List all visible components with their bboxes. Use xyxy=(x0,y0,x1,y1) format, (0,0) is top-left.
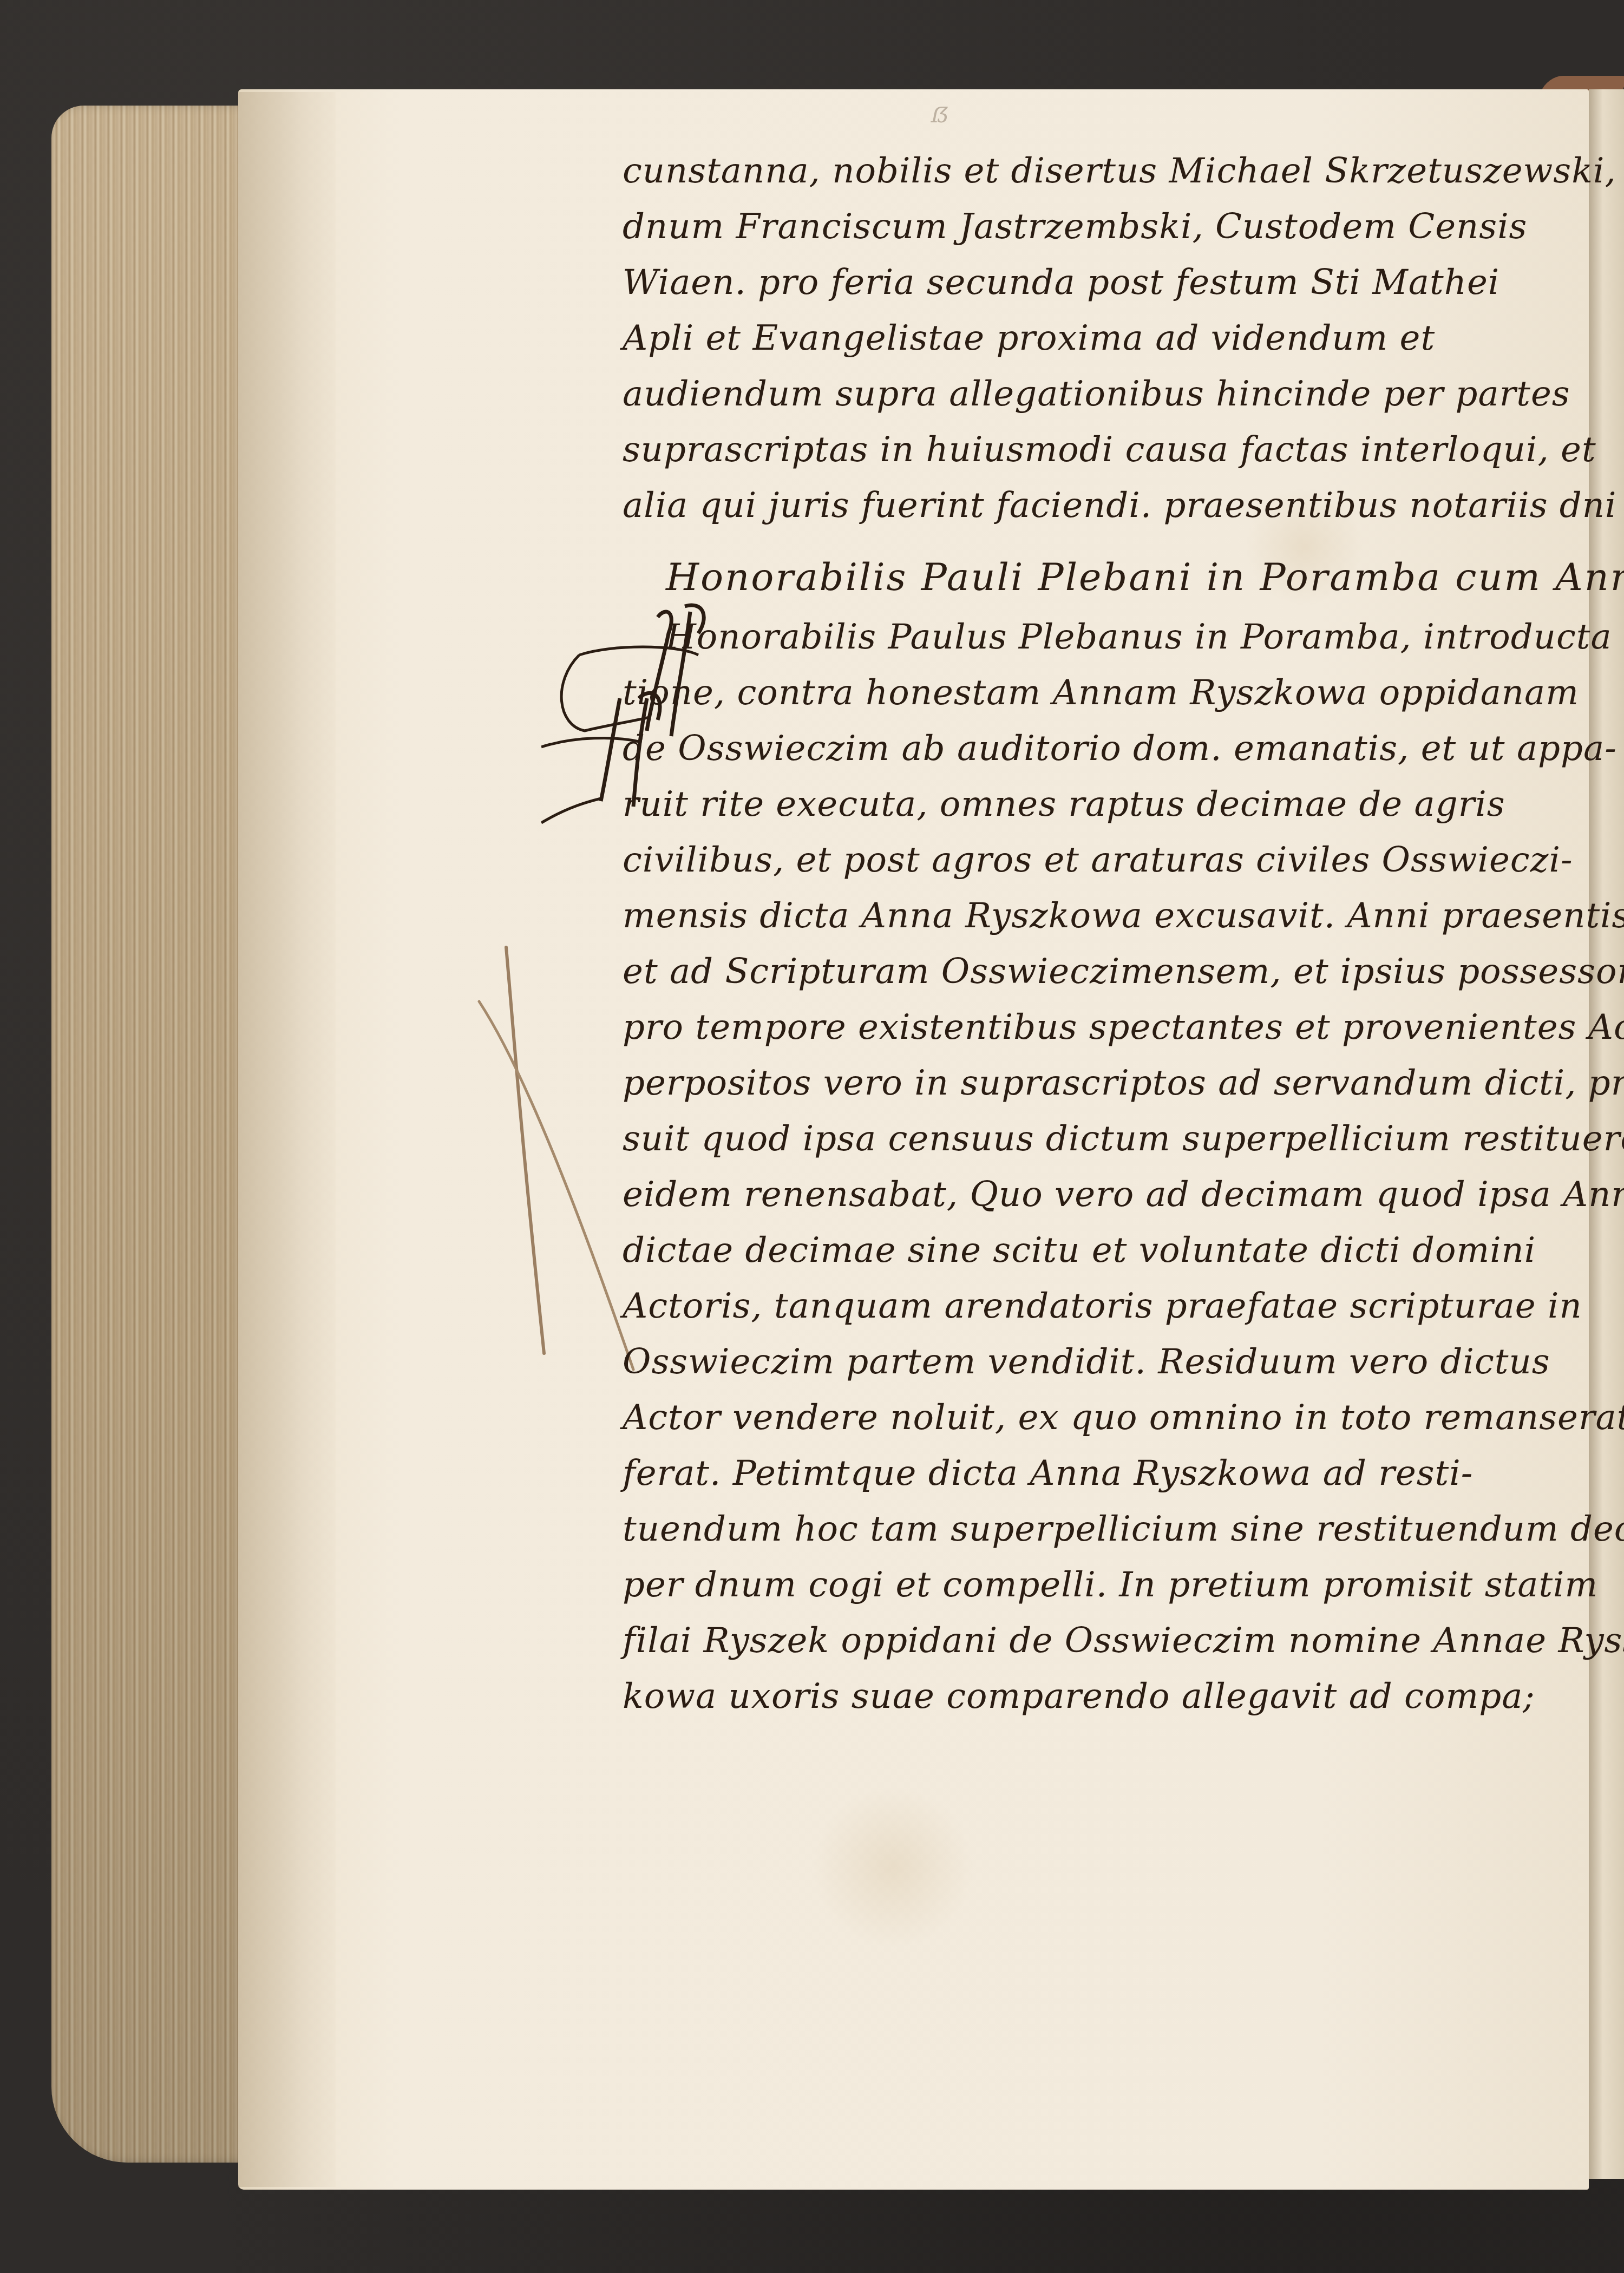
text-line: Actoris, tanquam arendatoris praefatae s… xyxy=(623,1279,1586,1334)
text-line: filai Ryszek oppidani de Osswieczim nomi… xyxy=(623,1613,1586,1669)
page-gutter-shadow xyxy=(238,92,336,2187)
text-line: Apli et Evangelistae proxima ad videndum… xyxy=(623,311,1586,366)
text-line: tuendum hoc tam superpellicium sine rest… xyxy=(623,1502,1586,1557)
text-line: kowa uxoris suae comparendo allegavit ad… xyxy=(623,1669,1586,1725)
text-line: alia qui juris fuerint faciendi. praesen… xyxy=(623,478,1586,534)
text-line: Osswieczim partem vendidit. Residuum ver… xyxy=(623,1334,1586,1390)
text-line: cunstanna, nobilis et disertus Michael S… xyxy=(623,143,1586,199)
text-line: per dnum cogi et compelli. In pretium pr… xyxy=(623,1557,1586,1613)
text-line: suprascriptas in huiusmodi causa factas … xyxy=(623,422,1586,478)
text-line: Actor vendere noluit, ex quo omnino in t… xyxy=(623,1390,1586,1446)
text-line: mensis dicta Anna Ryszkowa excusavit. An… xyxy=(623,888,1586,944)
paper-stain xyxy=(812,1786,974,1949)
text-line: suit quod ipsa censuus dictum superpelli… xyxy=(623,1111,1586,1167)
text-line: Honorabilis Paulus Plebanus in Poramba, … xyxy=(623,610,1586,665)
manuscript-text: cunstanna, nobilis et disertus Michael S… xyxy=(623,143,1586,1725)
margin-cross-mark-icon xyxy=(433,931,639,1375)
text-line: civilibus, et post agros et araturas civ… xyxy=(623,833,1586,888)
text-line: perpositos vero in suprascriptos ad serv… xyxy=(623,1056,1586,1111)
text-line: et ad Scripturam Osswieczimensem, et ips… xyxy=(623,944,1586,1000)
text-line: ruit rite executa, omnes raptus decimae … xyxy=(623,777,1586,833)
text-line: de Osswieczim ab auditorio dom. emanatis… xyxy=(623,721,1586,777)
text-line: pro tempore existentibus spectantes et p… xyxy=(623,1000,1586,1056)
text-line: Wiaen. pro feria secunda post festum Sti… xyxy=(623,255,1586,311)
text-line: ferat. Petimtque dicta Anna Ryszkowa ad … xyxy=(623,1446,1586,1502)
text-line: dnum Franciscum Jastrzembski, Custodem C… xyxy=(623,199,1586,255)
faint-top-mark: ẞ xyxy=(931,103,949,128)
text-line: dictae decimae sine scitu et voluntate d… xyxy=(623,1223,1586,1279)
entry-heading: Honorabilis Pauli Plebani in Poramba cum… xyxy=(623,534,1586,610)
text-line: eidem renensabat, Quo vero ad decimam qu… xyxy=(623,1167,1586,1223)
text-line: tione, contra honestam Annam Ryszkowa op… xyxy=(623,665,1586,721)
text-line: audiendum supra allegationibus hincinde … xyxy=(623,366,1586,422)
